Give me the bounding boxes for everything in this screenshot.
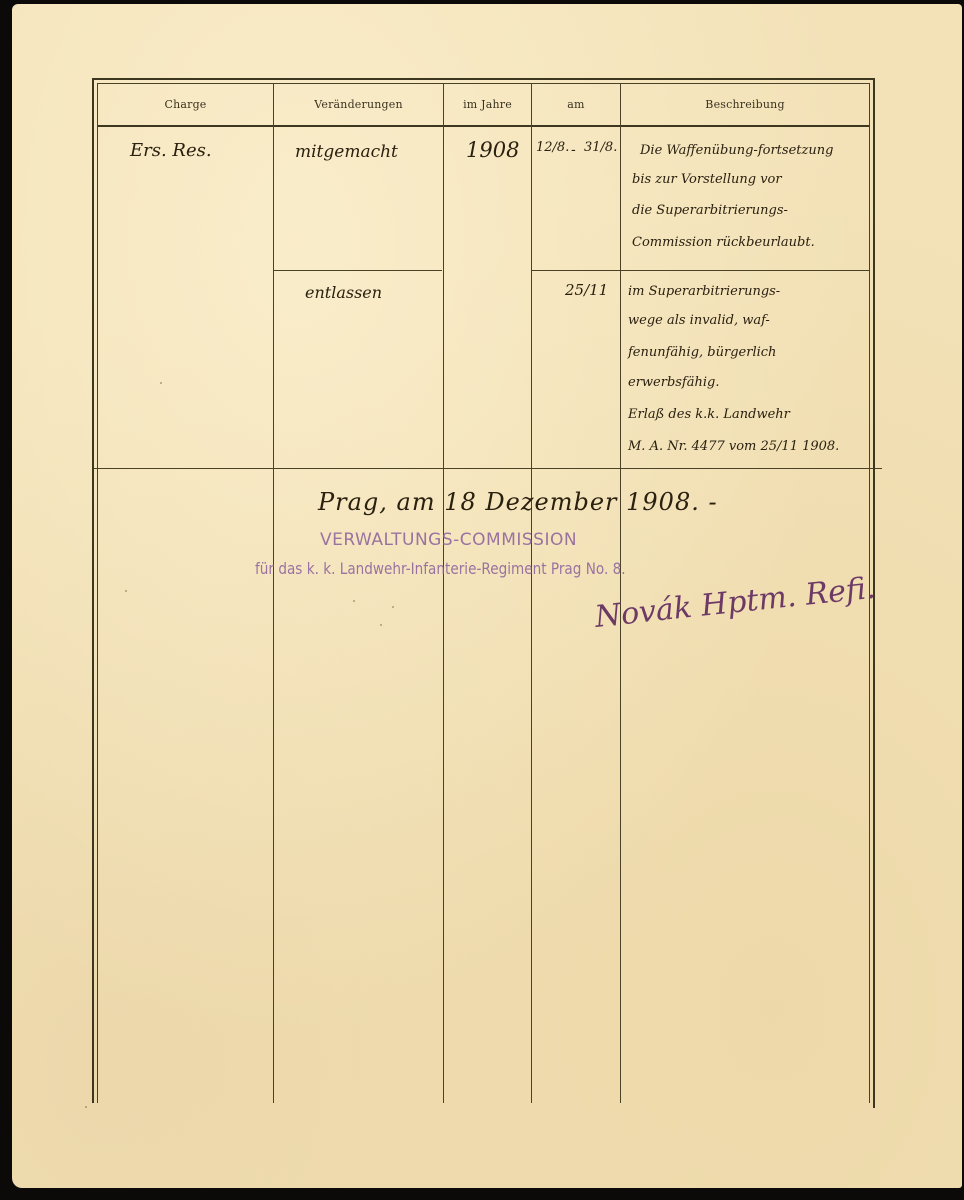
entry1-jahr: 1908 <box>466 138 519 162</box>
header-im-jahre: im Jahre <box>444 83 531 125</box>
closing-place-date: Prag, am 18 Dezember 1908. - <box>318 488 718 516</box>
header-veraenderungen: Veränderungen <box>274 83 443 125</box>
header-beschreibung: Beschreibung <box>621 83 869 125</box>
entry1-beschreibung-line2: bis zur Vorstellung vor <box>632 165 782 194</box>
column-divider-2 <box>443 83 444 1103</box>
paper-speck <box>85 1106 87 1108</box>
entry1-charge: Ers. Res. <box>130 140 212 161</box>
paper-speck <box>380 624 382 626</box>
paper-speck <box>353 600 355 602</box>
column-divider-4 <box>620 83 621 1103</box>
entry1-am-from: 12/8. <box>536 140 569 155</box>
entry2-beschreibung-line3: fenunfähig, bürgerlich <box>628 338 776 367</box>
column-divider-3 <box>531 83 532 1103</box>
entry2-beschreibung-line5: Erlaß des k.k. Landwehr <box>628 400 790 429</box>
paper-speck <box>392 606 394 608</box>
entry1-veraenderung: mitgemacht <box>295 142 398 162</box>
veraenderung-divider <box>274 270 442 271</box>
entry2-am: 25/11 <box>565 281 608 299</box>
stamp-line-1: VERWALTUNGS-COMMISSION <box>320 530 577 550</box>
entry2-beschreibung-line1: im Superarbitrierungs- <box>628 277 780 306</box>
table-top-border <box>92 78 874 80</box>
entry1-beschreibung-line3: die Superarbitrierungs- <box>632 196 788 225</box>
stamp-line-2: für das k. k. Landwehr-Infanterie-Regime… <box>255 559 626 578</box>
table-left-inner-border <box>97 83 98 1103</box>
header-charge: Charge <box>98 83 273 125</box>
entry2-veraenderung: entlassen <box>305 283 382 302</box>
entry1-am-sep: - <box>571 142 576 158</box>
entry1-am-to: 31/8. <box>584 140 617 155</box>
entries-end-rule <box>92 468 882 469</box>
paper-speck <box>160 382 162 384</box>
header-am: am <box>532 83 620 125</box>
entry2-beschreibung-line4: erwerbsfähig. <box>628 368 719 397</box>
entry2-beschreibung-line6: M. A. Nr. 4477 vom 25/11 1908. <box>628 432 839 461</box>
am-beschreibung-divider <box>532 270 869 271</box>
header-bottom-rule <box>97 125 869 127</box>
column-divider-1 <box>273 83 274 1103</box>
paper-speck <box>125 590 127 592</box>
table-left-border <box>92 78 94 1103</box>
entry1-beschreibung-line4: Commission rückbeurlaubt. <box>632 228 815 257</box>
entry1-beschreibung-line1: Die Waffenübung-fortsetzung <box>640 136 833 165</box>
entry2-beschreibung-line2: wege als invalid, waf- <box>628 306 770 335</box>
